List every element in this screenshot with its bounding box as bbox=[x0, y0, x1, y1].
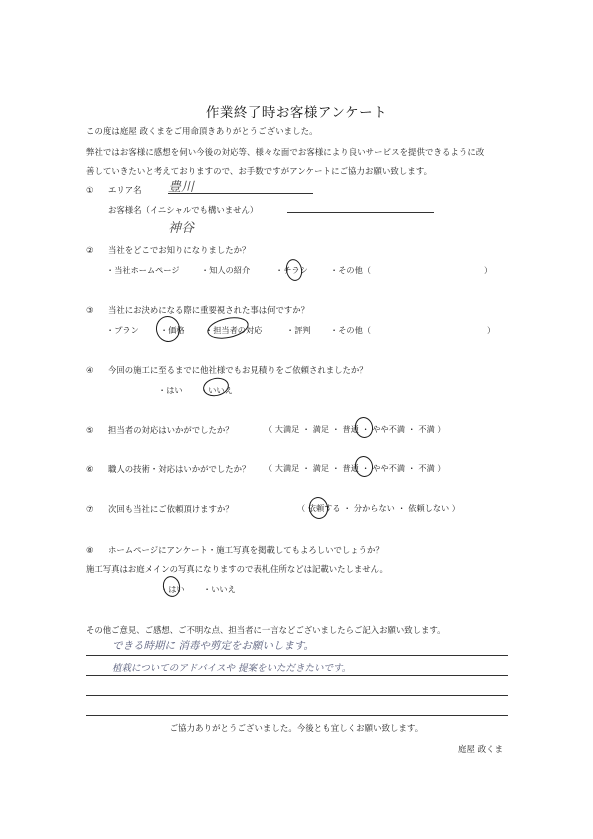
q4-question: 今回の施工に至るまでに他社様でもお見積りをご依頼されましたか？ bbox=[108, 365, 368, 375]
comment-line-1[interactable]: できる時期に 消毒や剪定をお願いします。 bbox=[112, 638, 314, 653]
q5-number: ⑤ bbox=[86, 425, 108, 435]
q3-number: ③ bbox=[86, 305, 108, 315]
q5-question: 担当者の対応はいかがでしたか？ bbox=[108, 425, 234, 435]
q4-option-yes[interactable]: ・はい bbox=[158, 385, 183, 396]
q8-question: ホームページにアンケート・施工写真を掲載してもよろしいでしょうか？ bbox=[108, 545, 384, 555]
q6-number: ⑥ bbox=[86, 464, 108, 474]
q7-number: ⑦ bbox=[86, 504, 108, 514]
comment-rule-1 bbox=[86, 655, 508, 656]
q4-number: ④ bbox=[86, 365, 108, 375]
q2-question: 当社をどこでお知りになりましたか？ bbox=[108, 245, 250, 255]
q5-selected-circle bbox=[353, 415, 375, 439]
comment-rule-3 bbox=[86, 695, 508, 696]
q3-option-other[interactable]: ・その他（ bbox=[330, 325, 371, 336]
q2-option-referral[interactable]: ・知人の紹介 bbox=[201, 265, 250, 276]
intro-line-2: 弊社ではお客様に感想を伺い今後の対応等、様々な面でお客様により良いサービスを提供… bbox=[86, 146, 484, 158]
intro-line-1: この度は庭屋 政くまをご用命頂きありがとうございました。 bbox=[86, 125, 318, 137]
q7-selected-circle bbox=[307, 495, 330, 520]
q3-other-close: ） bbox=[487, 325, 495, 336]
q1-number: ① bbox=[86, 185, 108, 195]
q2-number: ② bbox=[86, 245, 108, 255]
signature: 庭屋 政くま bbox=[458, 743, 503, 755]
intro-line-3: 善していきたいと考えておりますので、お手数ですがアンケートにご協力お願い致します… bbox=[86, 165, 432, 177]
comment-line-2[interactable]: 植栽についてのアドバイスや 提案をいただきたいです。 bbox=[112, 660, 351, 674]
q3-price-circle bbox=[154, 314, 183, 344]
comment-rule-2 bbox=[86, 675, 508, 676]
q7-question-row: ⑦次回も当社にご依頼頂けますか？ bbox=[86, 503, 234, 515]
q2-question-row: ②当社をどこでお知りになりましたか？ bbox=[86, 244, 250, 256]
q1-area-row: ①エリア名 bbox=[86, 184, 142, 196]
q2-selected-circle bbox=[284, 258, 304, 283]
q1-customer-value[interactable]: 神谷 bbox=[168, 217, 194, 236]
q8-question-row: ⑧ホームページにアンケート・施工写真を掲載してもよろしいでしょうか？ bbox=[86, 544, 384, 556]
q2-option-homepage[interactable]: ・当社ホームページ bbox=[106, 265, 180, 276]
comment-rule-4 bbox=[86, 715, 508, 716]
area-underline bbox=[168, 193, 313, 194]
q8-option-no[interactable]: ・いいえ bbox=[203, 584, 236, 595]
q1-area-label: エリア名 bbox=[108, 185, 142, 195]
q6-question-row: ⑥職人の技術・対応はいかがでしたか？ bbox=[86, 463, 250, 475]
survey-title: 作業終了時お客様アンケート bbox=[0, 101, 593, 121]
q3-question: 当社にお決めになる際に重要視された事は何ですか？ bbox=[108, 305, 309, 315]
q5-question-row: ⑤担当者の対応はいかがでしたか？ bbox=[86, 424, 234, 436]
q8-note: 施工写真はお庭メインの写真になりますので表札住所などは記載いたしません。 bbox=[86, 563, 388, 575]
customer-underline bbox=[287, 212, 434, 213]
comments-prompt: その他ご意見、ご感想、ご不明な点、担当者に一言などございましたらご記入お願い致し… bbox=[86, 624, 445, 636]
q8-number: ⑧ bbox=[86, 545, 108, 555]
q4-question-row: ④今回の施工に至るまでに他社様でもお見積りをご依頼されましたか？ bbox=[86, 364, 368, 376]
q3-question-row: ③当社にお決めになる際に重要視された事は何ですか？ bbox=[86, 304, 309, 316]
q7-question: 次回も当社にご依頼頂けますか？ bbox=[108, 504, 234, 514]
q3-option-reputation[interactable]: ・評判 bbox=[286, 325, 311, 336]
q6-question: 職人の技術・対応はいかがでしたか？ bbox=[108, 464, 250, 474]
closing-message: ご協力ありがとうございました。今後とも宜しくお願い致します。 bbox=[0, 722, 593, 734]
q1-customer-label: お客様名（イニシャルでも構いません） bbox=[108, 204, 258, 216]
q2-option-other[interactable]: ・その他（ bbox=[330, 265, 371, 276]
q3-staff-circle bbox=[205, 314, 250, 342]
q6-selected-circle bbox=[353, 454, 375, 478]
q3-option-plan[interactable]: ・プラン bbox=[106, 325, 139, 336]
q2-other-close: ） bbox=[484, 265, 492, 276]
